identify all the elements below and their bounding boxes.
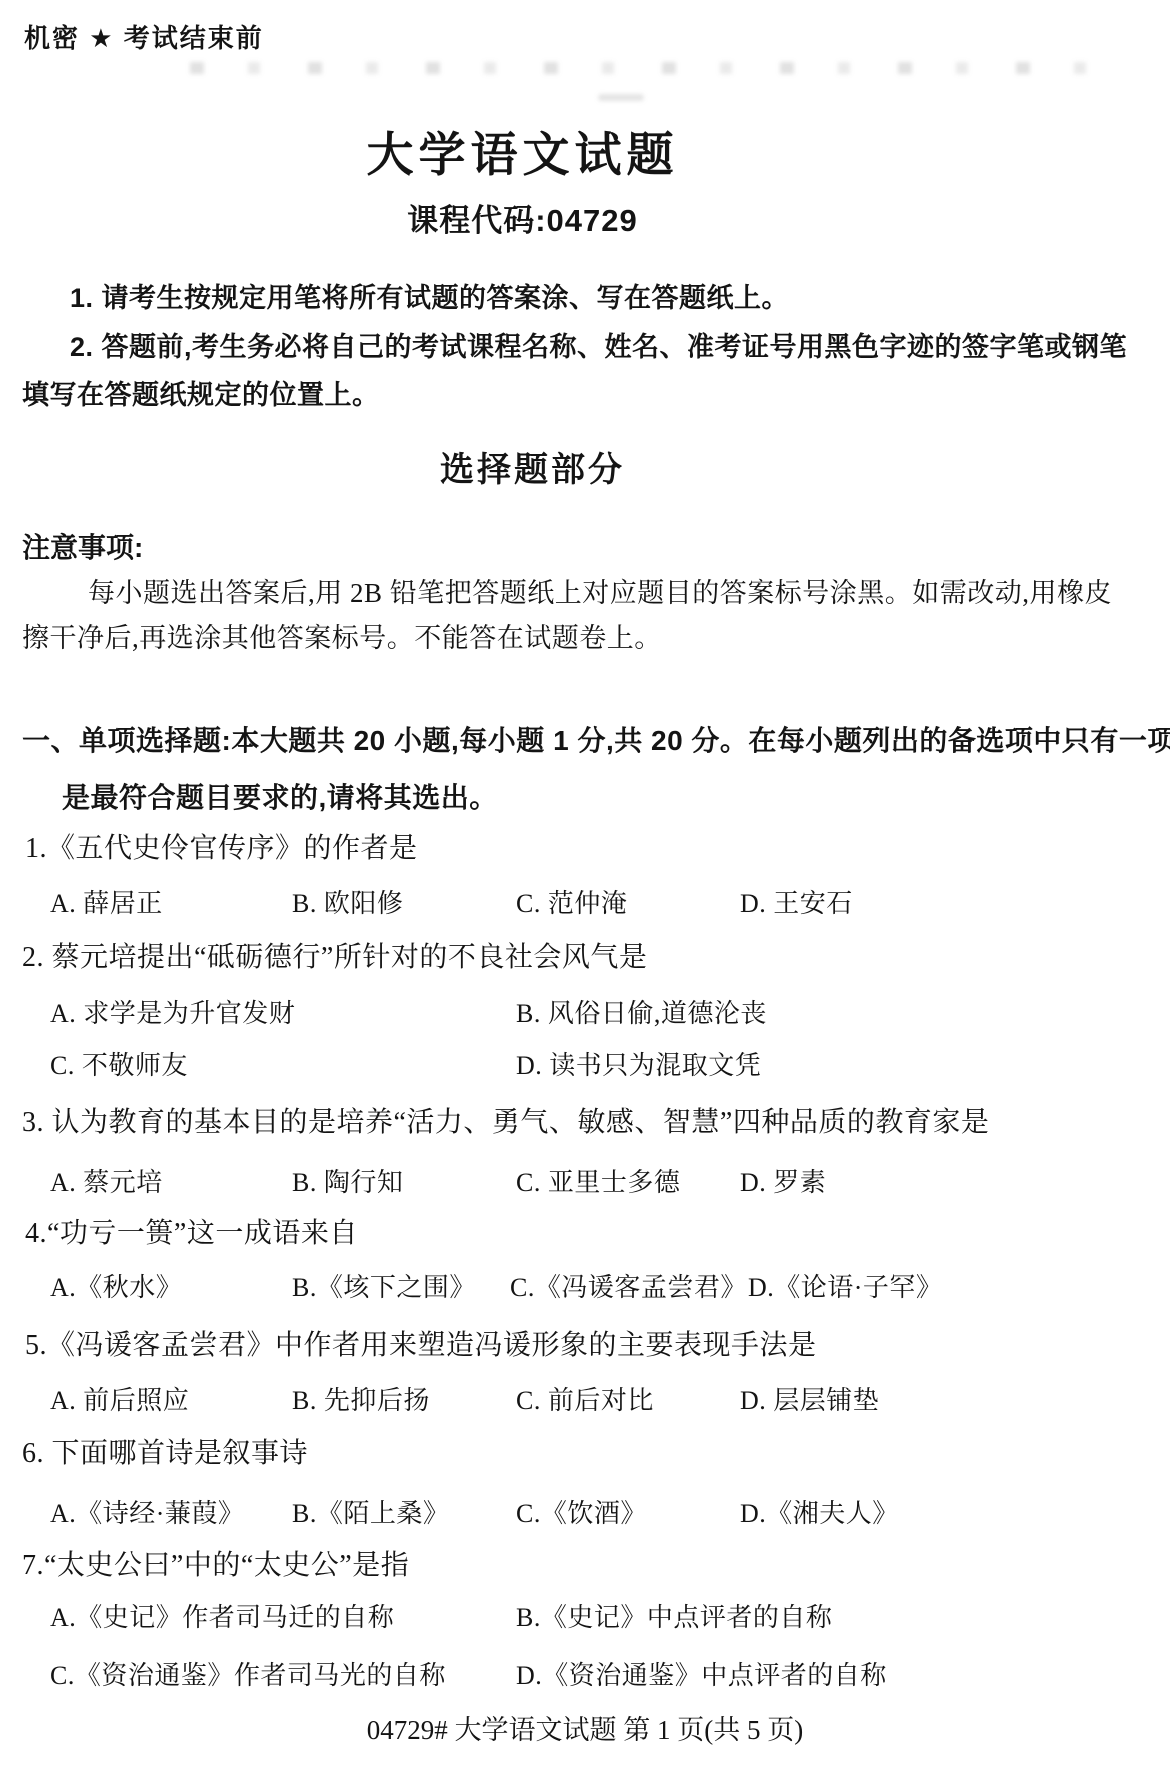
question-4-stem: 4.“功亏一篑”这一成语来自 xyxy=(25,1218,358,1250)
instruction-2-line1: 2. 答题前,考生务必将自己的考试课程名称、姓名、准考证号用黑色字迹的签字笔或钢… xyxy=(70,332,1127,363)
question-3-option-c: C. 亚里士多德 xyxy=(516,1168,680,1198)
question-1-stem: 1.《五代史伶官传序》的作者是 xyxy=(25,833,418,865)
section-title: 选择题部分 xyxy=(0,451,1065,490)
exam-page: 机密 ★ 考试结束前 大学语文试题 课程代码:04729 1. 请考生按规定用笔… xyxy=(0,0,1170,1771)
question-2-option-d: D. 读书只为混取文凭 xyxy=(516,1051,761,1081)
scan-artifact xyxy=(598,94,644,101)
question-2-option-a: A. 求学是为升官发财 xyxy=(50,999,295,1029)
question-6-option-c: C.《饮酒》 xyxy=(516,1499,647,1529)
question-2-option-b: B. 风俗日偷,道德沦丧 xyxy=(516,999,767,1029)
question-6-option-b: B.《陌上桑》 xyxy=(292,1499,449,1529)
question-7-option-c: C.《资治通鉴》作者司马光的自称 xyxy=(50,1661,446,1691)
question-4-option-d: D.《论语·子罕》 xyxy=(748,1273,942,1303)
question-7-option-a: A.《史记》作者司马迁的自称 xyxy=(50,1603,394,1633)
question-7-option-b: B.《史记》中点评者的自称 xyxy=(516,1603,832,1633)
scan-artifact xyxy=(190,62,1110,74)
question-4-option-a: A.《秋水》 xyxy=(50,1273,182,1303)
question-5-option-b: B. 先抑后扬 xyxy=(292,1386,430,1416)
part-one-heading-line1: 一、单项选择题:本大题共 20 小题,每小题 1 分,共 20 分。在每小题列出… xyxy=(22,725,1170,757)
course-code: 课程代码:04729 xyxy=(0,203,1045,239)
question-3-stem: 3. 认为教育的基本目的是培养“活力、勇气、敏感、智慧”四种品质的教育家是 xyxy=(22,1107,989,1139)
question-6-option-a: A.《诗经·蒹葭》 xyxy=(50,1499,244,1529)
question-1-option-a: A. 薛居正 xyxy=(50,889,163,919)
question-3-option-b: B. 陶行知 xyxy=(292,1168,403,1198)
question-1-option-b: B. 欧阳修 xyxy=(292,889,403,919)
question-4-option-b: B.《垓下之围》 xyxy=(292,1273,476,1303)
question-5-option-d: D. 层层铺垫 xyxy=(740,1386,879,1416)
exam-title: 大学语文试题 xyxy=(0,128,1045,182)
notice-line2: 擦干净后,再选涂其他答案标号。不能答在试题卷上。 xyxy=(22,623,662,654)
notice-line1: 每小题选出答案后,用 2B 铅笔把答题纸上对应题目的答案标号涂黑。如需改动,用橡… xyxy=(88,578,1112,609)
question-5-option-a: A. 前后照应 xyxy=(50,1386,189,1416)
question-1-option-c: C. 范仲淹 xyxy=(516,889,627,919)
question-7-stem: 7.“太史公曰”中的“太史公”是指 xyxy=(22,1550,409,1582)
question-2-option-c: C. 不敬师友 xyxy=(50,1051,188,1081)
part-one-heading-line2: 是最符合题目要求的,请将其选出。 xyxy=(62,782,498,814)
page-footer: 04729# 大学语文试题 第 1 页(共 5 页) xyxy=(0,1715,1170,1746)
question-7-option-d: D.《资治通鉴》中点评者的自称 xyxy=(516,1661,887,1691)
question-3-option-a: A. 蔡元培 xyxy=(50,1168,163,1198)
instruction-2-line2: 填写在答题纸规定的位置上。 xyxy=(22,380,380,411)
question-3-option-d: D. 罗素 xyxy=(740,1168,826,1198)
question-4-option-c: C.《冯谖客孟尝君》 xyxy=(510,1273,747,1303)
notice-title: 注意事项: xyxy=(22,532,143,564)
question-6-option-d: D.《湘夫人》 xyxy=(740,1499,899,1529)
question-2-stem: 2. 蔡元培提出“砥砺德行”所针对的不良社会风气是 xyxy=(22,942,647,974)
question-5-option-c: C. 前后对比 xyxy=(516,1386,654,1416)
security-classification: 机密 ★ 考试结束前 xyxy=(24,24,264,54)
question-1-option-d: D. 王安石 xyxy=(740,889,853,919)
question-6-stem: 6. 下面哪首诗是叙事诗 xyxy=(22,1438,308,1470)
instruction-1: 1. 请考生按规定用笔将所有试题的答案涂、写在答题纸上。 xyxy=(70,283,789,314)
question-5-stem: 5.《冯谖客孟尝君》中作者用来塑造冯谖形象的主要表现手法是 xyxy=(25,1330,817,1362)
